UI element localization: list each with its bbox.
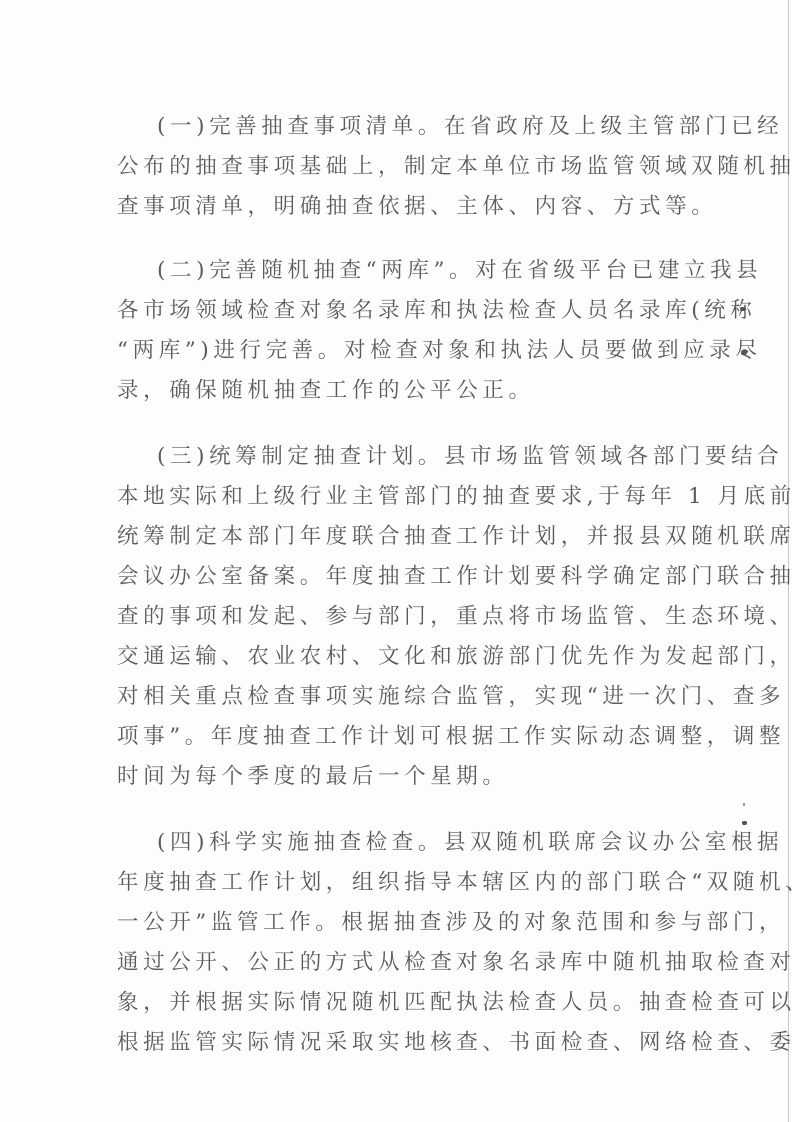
text-line: 一公开”监管工作。根据抽查涉及的对象范围和参与部门， [117,903,697,943]
text-line: 统筹制定本部门年度联合抽查工作计划，并报县双随机联席 [117,517,697,557]
text-line: (二)完善随机抽查“两库”。对在省级平台已建立我县 [117,251,697,291]
text-line: 查的事项和发起、参与部门，重点将市场监管、生态环境、 [117,597,697,637]
text-line: 公布的抽查事项基础上，制定本单位市场监管领域双随机抽 [117,147,697,187]
scan-speck [740,307,746,311]
text-line: 根据监管实际情况采取实地核查、书面检查、网络检查、委 [117,1023,697,1063]
paragraph-3: (三)统筹制定抽查计划。县市场监管领域各部门要结合 本地实际和上级行业主管部门的… [117,437,697,797]
text-line: 查事项清单，明确抽查依据、主体、内容、方式等。 [117,187,697,227]
text-line: 对相关重点检查事项实施综合监管，实现“进一次门、查多 [117,677,697,717]
text-line: 通过公开、公正的方式从检查对象名录库中随机抽取检查对 [117,943,697,983]
text-line: 各市场领域检查对象名录库和执法检查人员名录库(统称 [117,291,697,331]
text-line: (一)完善抽查事项清单。在省政府及上级主管部门已经 [117,107,697,147]
text-line: “两库”)进行完善。对检查对象和执法人员要做到应录尽 [117,331,697,371]
paragraph-2: (二)完善随机抽查“两库”。对在省级平台已建立我县 各市场领域检查对象名录库和执… [117,251,697,411]
text-line: 录，确保随机抽查工作的公平公正。 [117,371,697,411]
paragraph-1: (一)完善抽查事项清单。在省政府及上级主管部门已经 公布的抽查事项基础上，制定本… [117,107,697,227]
text-line: (三)统筹制定抽查计划。县市场监管领域各部门要结合 [117,437,697,477]
paragraph-4: (四)科学实施抽查检查。县双随机联席会议办公室根据 年度抽查工作计划，组织指导本… [117,823,697,1063]
text-line: 象，并根据实际情况随机匹配执法检查人员。抽查检查可以 [117,983,697,1023]
text-line: 项事”。年度抽查工作计划可根据工作实际动态调整，调整 [117,717,697,757]
text-line: 时间为每个季度的最后一个星期。 [117,757,697,797]
scanned-page: (一)完善抽查事项清单。在省政府及上级主管部门已经 公布的抽查事项基础上，制定本… [0,0,792,1122]
text-line: (四)科学实施抽查检查。县双随机联席会议办公室根据 [117,823,697,863]
document-body: (一)完善抽查事项清单。在省政府及上级主管部门已经 公布的抽查事项基础上，制定本… [117,107,697,1085]
scan-speck [743,803,745,806]
text-line: 交通运输、农业农村、文化和旅游部门优先作为发起部门， [117,637,697,677]
scan-speck [742,821,747,825]
text-line: 本地实际和上级行业主管部门的抽查要求,于每年 1 月底前 [117,477,697,517]
text-line: 会议办公室备案。年度抽查工作计划要科学确定部门联合抽 [117,557,697,597]
text-line: 年度抽查工作计划，组织指导本辖区内的部门联合“双随机、 [117,863,697,903]
scan-speck [741,350,747,355]
